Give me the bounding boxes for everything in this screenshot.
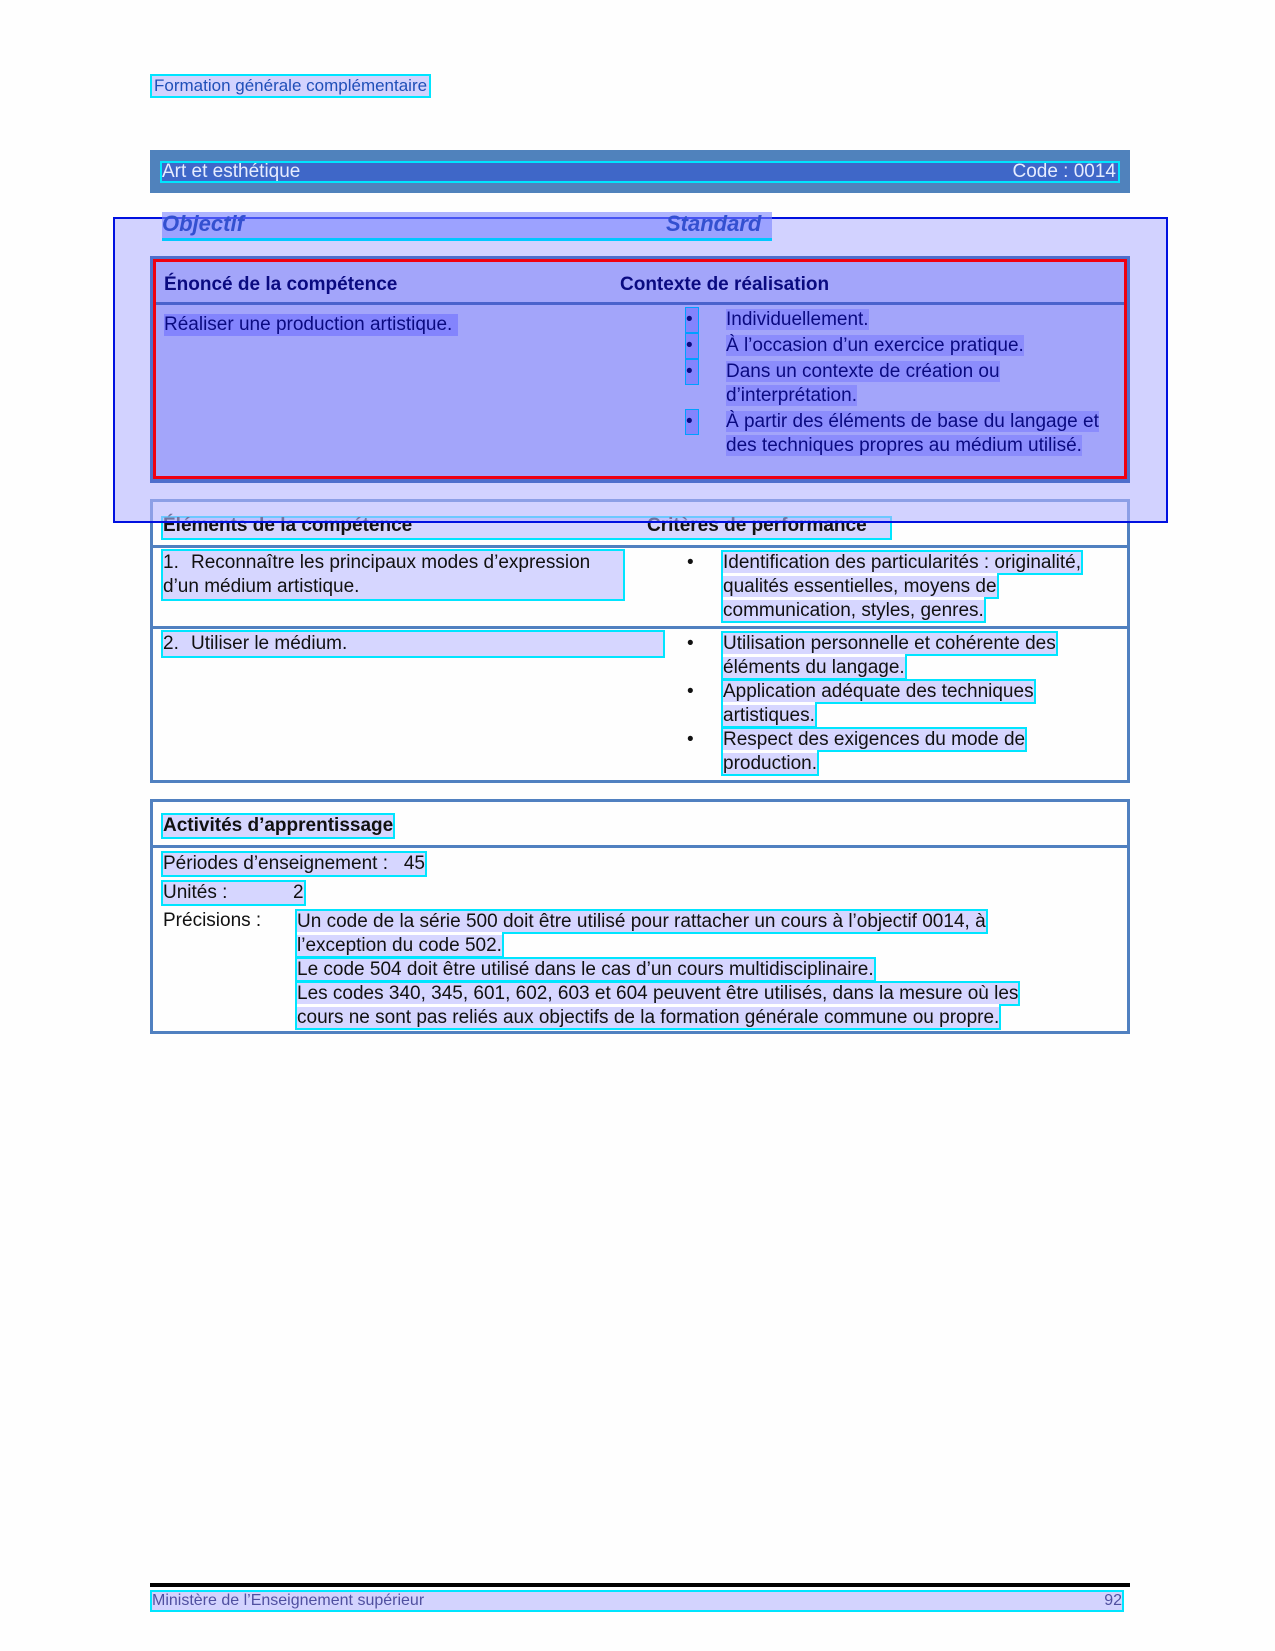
- criterion-item: •Utilisation personnelle et cohérente de…: [683, 632, 1123, 680]
- criterion-item: •Identification des particularités : ori…: [683, 551, 1123, 623]
- criteria-list: •Identification des particularités : ori…: [683, 551, 1123, 623]
- table-row: 1.Reconnaître les principaux modes d’exp…: [153, 551, 1127, 629]
- precision-item: Les codes 340, 345, 601, 602, 603 et 604…: [297, 983, 1018, 1028]
- page-number: 92: [1104, 1592, 1122, 1610]
- criteria-header: Critères de performance: [647, 515, 867, 537]
- bullet-icon: •: [687, 680, 694, 704]
- elements-header: Éléments de la compétence: [163, 515, 412, 537]
- page-footer: Ministère de l’Enseignement supérieur 92: [152, 1592, 1122, 1610]
- bullet-icon: •: [687, 551, 694, 575]
- units-line: Unités :2: [163, 882, 304, 904]
- footer-publisher: Ministère de l’Enseignement supérieur: [152, 1592, 424, 1609]
- context-item: •À l’occasion d’un exercice pratique.: [686, 334, 1116, 358]
- precision-item: Un code de la série 500 doit être utilis…: [297, 911, 986, 956]
- bullet-icon: •: [686, 308, 698, 332]
- activities-title: Activités d’apprentissage: [163, 815, 393, 837]
- bullet-icon: •: [687, 728, 694, 752]
- precisions-label: Précisions :: [163, 910, 261, 932]
- activities-table: Activités d’apprentissage Périodes d’ens…: [150, 799, 1130, 1034]
- elements-header-row: Éléments de la compétence Critères de pe…: [153, 502, 1127, 548]
- context-item: •Individuellement.: [686, 308, 1116, 332]
- footer-rule: [150, 1583, 1130, 1587]
- bullet-icon: •: [686, 334, 698, 358]
- objectif-label: Objectif: [162, 212, 244, 236]
- competence-statement: Réaliser une production artistique.: [164, 314, 458, 336]
- bullet-icon: •: [686, 360, 698, 384]
- standard-label: Standard: [666, 212, 761, 236]
- element-text: 1.Reconnaître les principaux modes d’exp…: [163, 551, 623, 599]
- criterion-item: •Respect des exigences du mode de produc…: [683, 728, 1123, 776]
- title-bar: Art et esthétique Code : 0014: [150, 150, 1130, 193]
- context-item: •Dans un contexte de création ou d’inter…: [686, 360, 1116, 408]
- elements-table: Éléments de la compétence Critères de pe…: [150, 499, 1130, 783]
- criterion-item: •Application adéquate des techniques art…: [683, 680, 1123, 728]
- title-bar-text-row: Art et esthétique Code : 0014: [162, 163, 1118, 181]
- competence-header: Énoncé de la compétence: [164, 274, 397, 296]
- bullet-icon: •: [687, 632, 694, 656]
- precision-item: Le code 504 doit être utilisé dans le ca…: [297, 959, 874, 980]
- highlighted-region: Énoncé de la compétence Contexte de réal…: [153, 259, 1127, 479]
- course-code: Code : 0014: [1012, 161, 1116, 183]
- running-header: Formation générale complémentaire: [152, 76, 429, 96]
- context-list: •Individuellement.•À l’occasion d’un exe…: [686, 308, 1116, 460]
- bullet-icon: •: [686, 410, 698, 434]
- course-title: Art et esthétique: [162, 161, 300, 183]
- header-divider: [156, 302, 1124, 305]
- periods-line: Périodes d’enseignement : 45: [163, 853, 425, 875]
- precisions-text: Un code de la série 500 doit être utilis…: [297, 910, 1057, 1030]
- units-value: 2: [293, 882, 304, 903]
- periods-value: 45: [404, 853, 425, 874]
- element-text: 2.Utiliser le médium.: [163, 632, 663, 656]
- activities-header-row: Activités d’apprentissage: [153, 802, 1127, 848]
- competence-table: Énoncé de la compétence Contexte de réal…: [150, 256, 1130, 483]
- context-item: •À partir des éléments de base du langag…: [686, 410, 1116, 458]
- criteria-list: •Utilisation personnelle et cohérente de…: [683, 632, 1123, 776]
- context-header: Contexte de réalisation: [620, 274, 829, 296]
